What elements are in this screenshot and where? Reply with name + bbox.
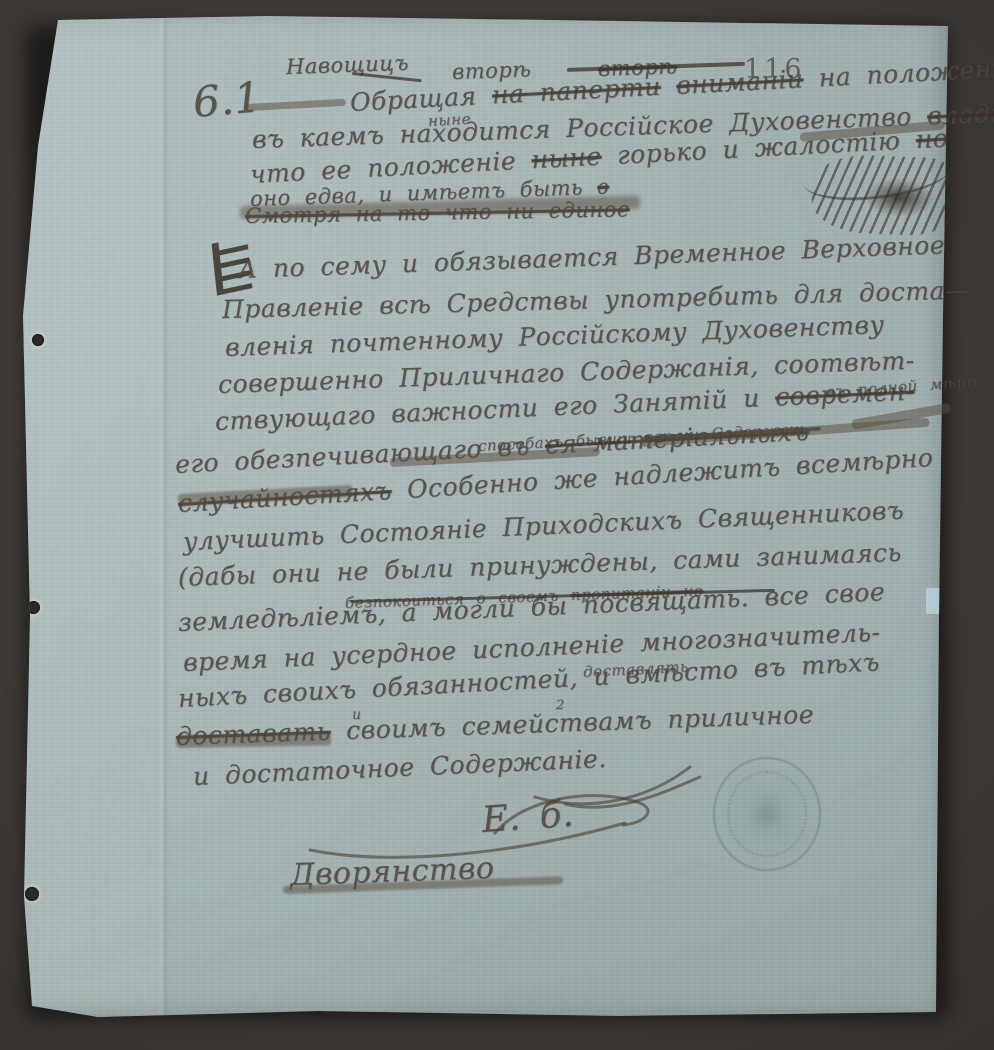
archive-stamp [713, 757, 821, 871]
ink-smear [176, 732, 331, 748]
punch-hole [32, 334, 44, 346]
stamp-center [749, 793, 785, 835]
scan-backing: Навощицъ вторѣ вторѣ 116 6.1 Обращая на … [0, 0, 994, 1050]
fold-strip [18, 16, 163, 1022]
fold-crease [161, 16, 167, 1022]
hatch-scribble [811, 154, 954, 237]
punch-hole [25, 887, 39, 901]
signature: Е. б. [481, 794, 576, 841]
header-note-left: Навощицъ [286, 51, 410, 79]
margin-number: 6.1 [191, 72, 263, 127]
